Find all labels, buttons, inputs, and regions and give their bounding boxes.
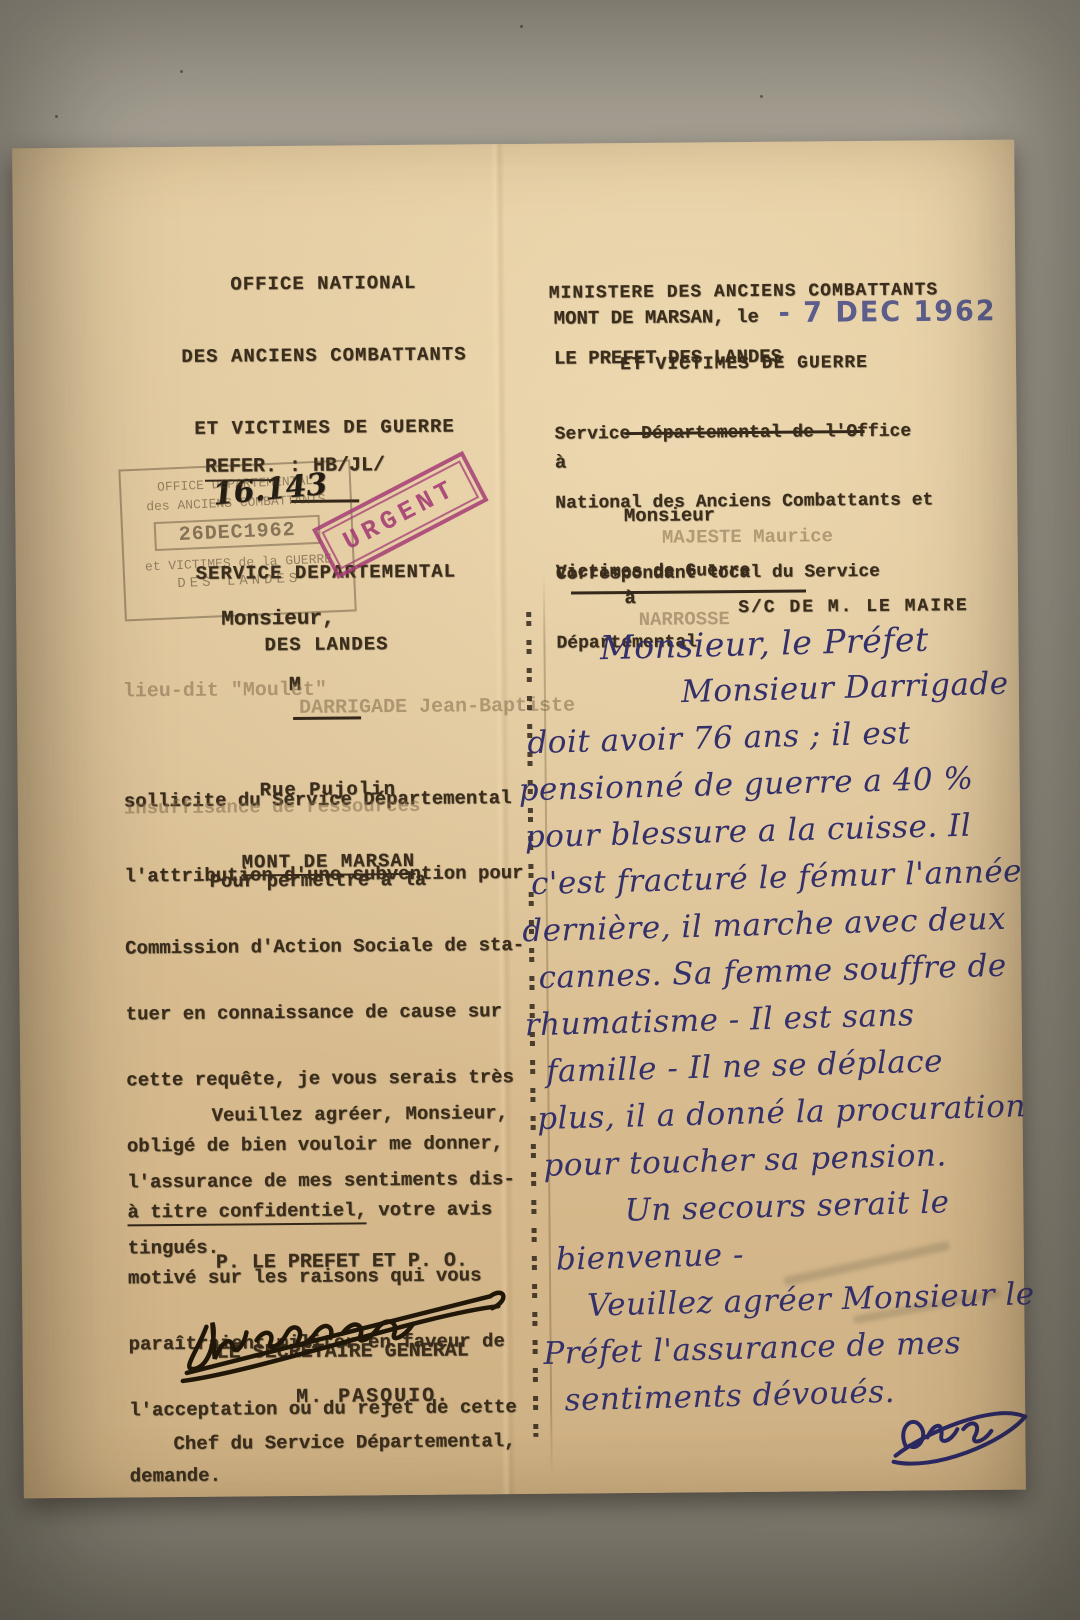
date-stamp-blue: - 7 DEC 1962 (778, 295, 996, 329)
a-line: à (555, 452, 567, 474)
correspondent-signature (883, 1385, 1034, 1476)
place-date-line: MONT DE MARSAN, le (554, 306, 759, 330)
wall-speck (520, 25, 523, 28)
salutation: Monsieur, (221, 608, 335, 632)
wall-speck (180, 70, 183, 73)
wall-speck (760, 95, 763, 98)
stamp-date: 26DEC1962 (154, 515, 321, 551)
org-line: DES ANCIENS COMBATTANTS (104, 342, 544, 370)
photo-of-document: OFFICE NATIONAL DES ANCIENS COMBATTANTS … (0, 0, 1080, 1620)
wall-speck (55, 115, 58, 118)
pasquio-signature (172, 1262, 513, 1385)
request-reason-faded: insuffisance de ressources (124, 795, 421, 820)
subject-place-line: lieu-dit "Moulet" (123, 679, 327, 704)
org-line: OFFICE NATIONAL (103, 270, 543, 298)
typed-signer-name: M. PASQUIO. (253, 1384, 493, 1409)
letter-sheet: OFFICE NATIONAL DES ANCIENS COMBATTANTS … (12, 140, 1026, 1499)
handwritten-message: Monsieur, le Préfet Monsieur Darrigade d… (514, 613, 1040, 1425)
prefet-line: LE PREFET DES LANDES (554, 346, 782, 370)
